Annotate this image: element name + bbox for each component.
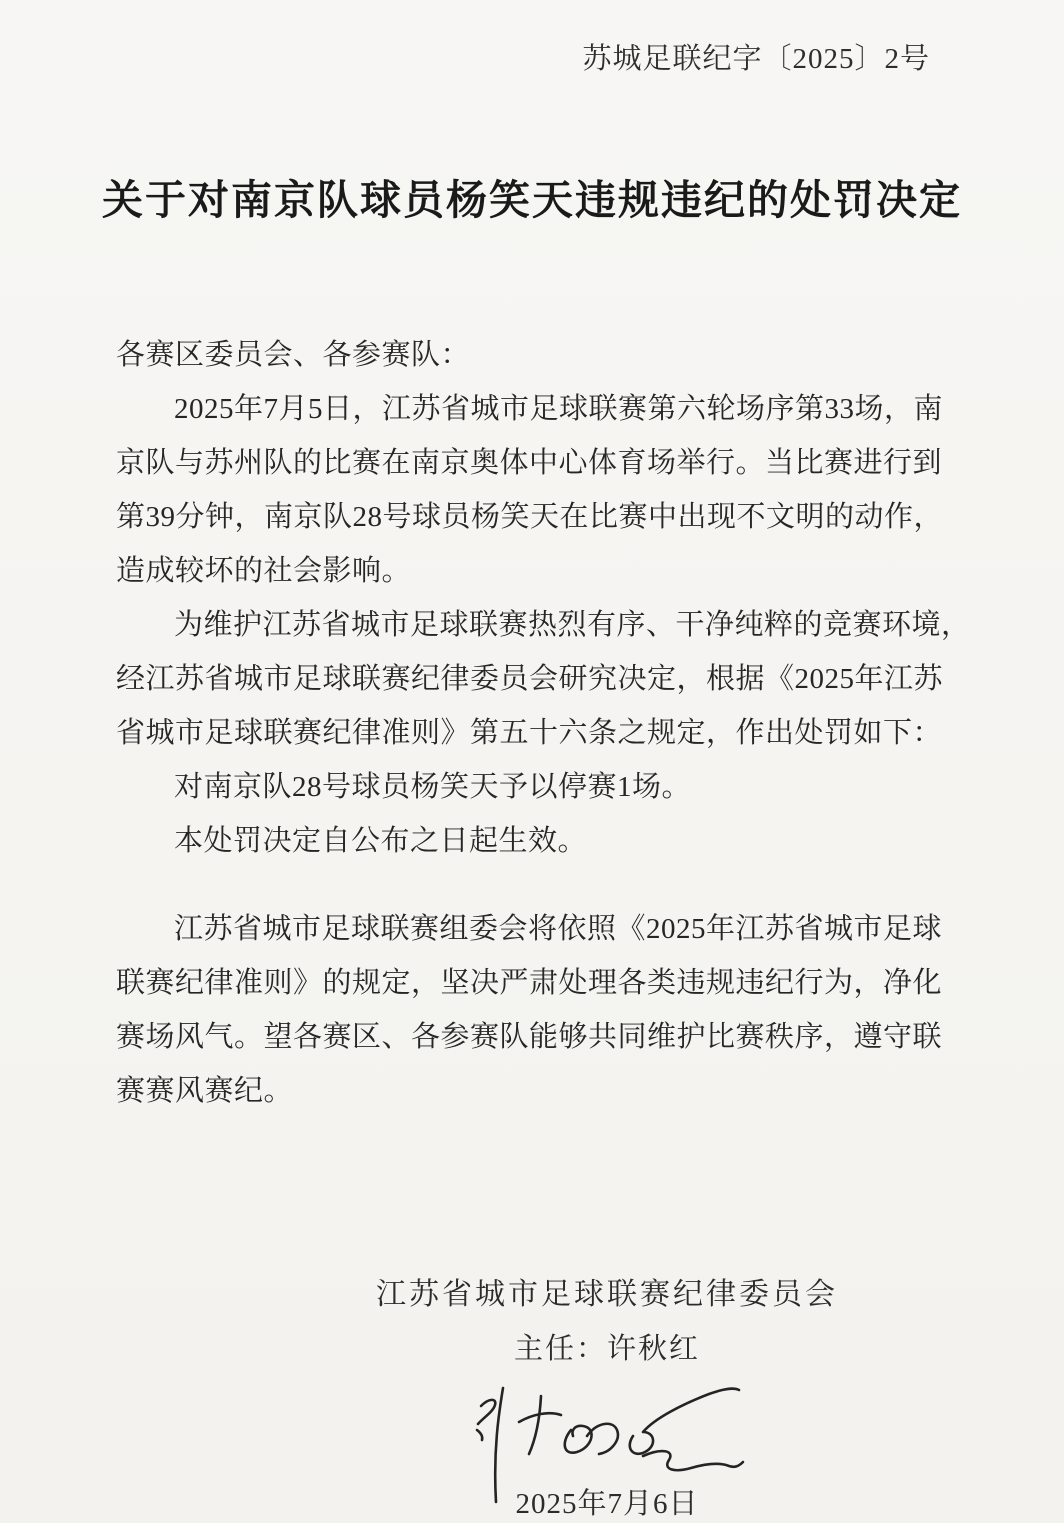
paragraph: 对南京队28号球员杨笑天予以停赛1场。 <box>116 760 946 814</box>
document-footer: 江苏省城市足球联赛纪律委员会 主任：许秋红 <box>0 1268 1064 1523</box>
body-line: 赛赛风赛纪。 <box>116 1064 946 1118</box>
scanned-document-page: 苏城足联纪字〔2025〕2号 关于对南京队球员杨笑天违规违纪的处罚决定 各赛区委… <box>0 0 1064 1523</box>
paragraph: 为维护江苏省城市足球联赛热烈有序、干净纯粹的竞赛环境， 经江苏省城市足球联赛纪律… <box>116 598 946 760</box>
body-line: 赛场风气。望各赛区、各参赛队能够共同维护比赛秩序，遵守联 <box>116 1010 946 1064</box>
body-line: 第39分钟，南京队28号球员杨笑天在比赛中出现不文明的动作， <box>116 490 946 544</box>
paragraph: 2025年7月5日，江苏省城市足球联赛第六轮场序第33场，南 京队与苏州队的比赛… <box>116 382 946 598</box>
body-line: 造成较坏的社会影响。 <box>116 544 946 598</box>
body-line: 江苏省城市足球联赛组委会将依照《2025年江苏省城市足球 <box>116 902 946 956</box>
issuing-organization: 江苏省城市足球联赛纪律委员会 <box>150 1268 1064 1322</box>
body-line: 为维护江苏省城市足球联赛热烈有序、干净纯粹的竞赛环境， <box>116 598 946 652</box>
document-date: 2025年7月6日 <box>150 1482 1064 1523</box>
penalty-line: 对南京队28号球员杨笑天予以停赛1场。 <box>116 760 946 814</box>
paragraph: 江苏省城市足球联赛组委会将依照《2025年江苏省城市足球 联赛纪律准则》的规定，… <box>116 902 946 1118</box>
paragraph: 本处罚决定自公布之日起生效。 <box>116 814 946 868</box>
effective-date-line: 本处罚决定自公布之日起生效。 <box>116 814 946 868</box>
body-line: 联赛纪律准则》的规定，坚决严肃处理各类违规违纪行为，净化 <box>116 956 946 1010</box>
body-line: 省城市足球联赛纪律准则》第五十六条之规定，作出处罚如下： <box>116 706 946 760</box>
document-title: 关于对南京队球员杨笑天违规违纪的处罚决定 <box>0 167 1064 226</box>
document-reference-number: 苏城足联纪字〔2025〕2号 <box>0 0 1064 77</box>
document-body: 各赛区委员会、各参赛队： 2025年7月5日，江苏省城市足球联赛第六轮场序第33… <box>0 328 1064 1118</box>
signer-title-and-name: 主任：许秋红 <box>150 1322 1064 1376</box>
salutation-line: 各赛区委员会、各参赛队： <box>116 328 946 382</box>
signature-block <box>150 1378 1064 1482</box>
body-line: 经江苏省城市足球联赛纪律委员会研究决定，根据《2025年江苏 <box>116 652 946 706</box>
body-line: 2025年7月5日，江苏省城市足球联赛第六轮场序第33场，南 <box>116 382 946 436</box>
body-line: 京队与苏州队的比赛在南京奥体中心体育场举行。当比赛进行到 <box>116 436 946 490</box>
